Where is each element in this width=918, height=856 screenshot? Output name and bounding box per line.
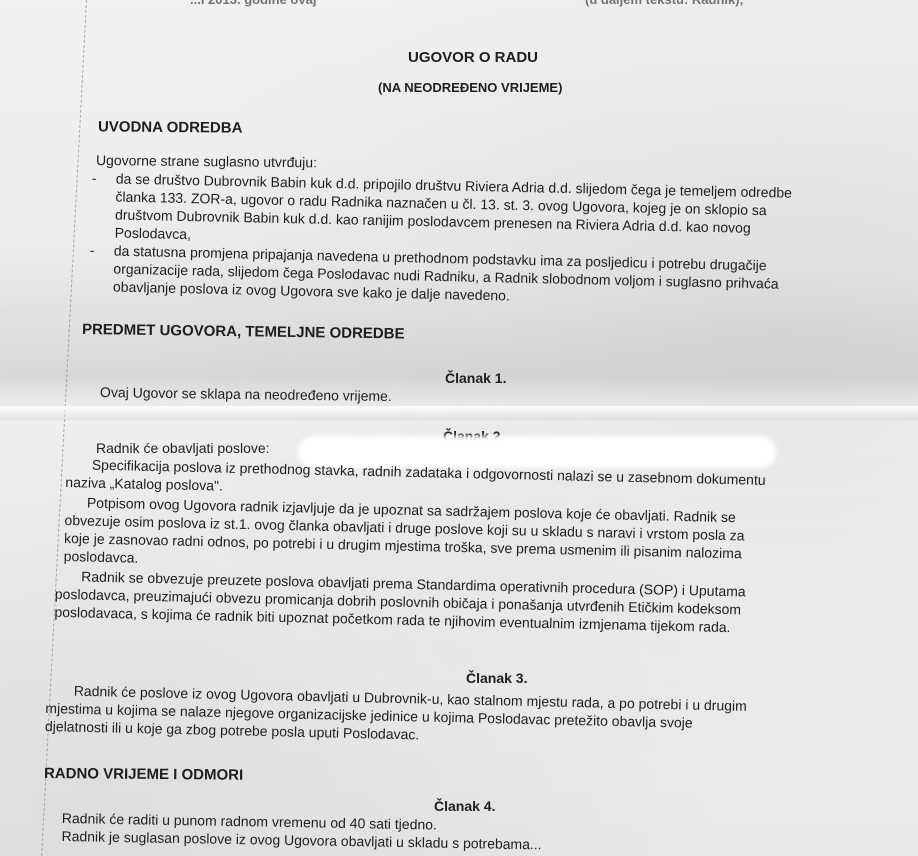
bullet1-line: Poslodavca,: [115, 224, 192, 242]
document-title: UGOVOR O RADU: [408, 50, 538, 66]
top-fragment-right: (u daljem tekstu: Radnik),: [585, 0, 743, 8]
art2-line: naziva „Katalog poslova".: [65, 474, 223, 494]
article-4-title: Članak 4.: [434, 798, 495, 814]
article-3-title: Članak 3.: [466, 670, 527, 686]
paper-fold: [0, 406, 918, 420]
intro-heading: UVODNA ODREDBA: [98, 119, 243, 136]
article-1-title: Članak 1.: [445, 370, 506, 386]
article-1-text: Ovaj Ugovor se sklapa na neodređeno vrij…: [100, 384, 392, 404]
art2-line: poslodavca.: [64, 548, 139, 566]
article-2-p1: Radnik će obavljati poslove:: [96, 440, 270, 456]
document-subtitle: (NA NEODREĐENO VRIJEME): [378, 80, 562, 96]
intro-lead: Ugovorne strane suglasno utvrđuju:: [96, 152, 317, 170]
hours-heading: RADNO VRIJEME I ODMORI: [44, 766, 243, 784]
subject-heading: PREDMET UGOVORA, TEMELJNE ODREDBE: [82, 322, 405, 343]
top-fragment-left: ...i 2013. godine ovaj: [190, 0, 316, 8]
art4-line: Radnik je suglasan poslove iz ovog Ugovo…: [61, 828, 541, 852]
